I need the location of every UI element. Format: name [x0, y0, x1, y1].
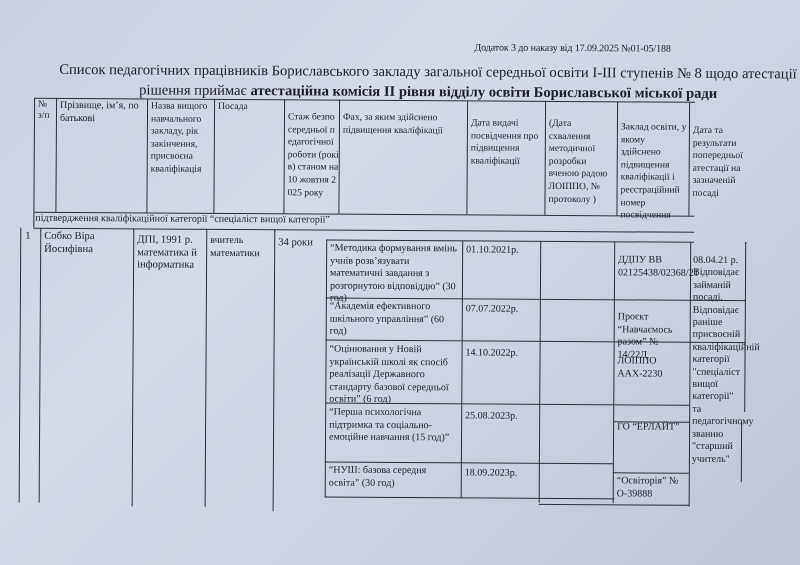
attestation-table	[2, 0, 800, 2]
header-prev-attestation: Дата та результати попередньої атестації…	[689, 123, 751, 203]
title-prefix: рішення приймає	[139, 82, 250, 99]
course-date: 14.10.2022р.	[463, 345, 541, 362]
header-position: Посада	[215, 99, 285, 116]
document-page: Додаток 3 до наказу від 17.09.2025 №01-0…	[0, 0, 800, 565]
annex-reference: Додаток 3 до наказу від 17.09.2025 №01-0…	[474, 42, 670, 54]
course-institution: ДДПУ ВВ 02125438/02368/21	[615, 252, 691, 282]
course-date: 25.08.2023р.	[462, 408, 540, 425]
grid-line	[745, 242, 746, 244]
document-title-line1: Список педагогічних працівників Борислав…	[59, 62, 800, 84]
course-title: “НУШ: базова середня освіта” (30 год)	[326, 463, 462, 493]
header-specialty: Фах, за яким здійснено підвищення кваліф…	[340, 110, 468, 140]
row-divider	[539, 504, 689, 506]
course-institution: ЛОІППО ААХ-2230	[614, 353, 690, 383]
course-title: “Перша психологічна підтримка та соціаль…	[326, 405, 462, 448]
course-date: 18.09.2023р.	[462, 465, 540, 482]
teacher-experience: 34 роки	[275, 235, 327, 252]
grid-line	[19, 228, 22, 503]
teacher-name: Собко Віра Йосифівна	[41, 229, 133, 259]
header-approval: (Дата схвалення методичної розробки вчен…	[545, 116, 618, 209]
teacher-position: вчитель математики	[207, 233, 274, 263]
header-cert-date: Дата видачі посвідчення про підвищення к…	[468, 115, 546, 170]
course-title: “Оцінювання у Новій українській школі як…	[326, 342, 462, 410]
row-number: 1	[22, 229, 40, 246]
course-date: 01.10.2021р.	[463, 242, 541, 259]
section-label: підтвердження кваліфікаційної категорії …	[32, 211, 432, 230]
header-institution: Заклад освіти, у якому здійснено підвище…	[617, 119, 690, 224]
course-date: 07.07.2022р.	[463, 301, 541, 318]
course-institution: “Освіторія” № О-39888	[614, 473, 690, 503]
previous-attestation: 08.04.21 р. Відповідає займаній посаді. …	[689, 253, 748, 468]
course-title: “Академія ефективного шкільного управлін…	[327, 299, 463, 342]
header-no: № з/п	[35, 98, 57, 124]
header-name: Прізвище, ім’я, по батькові	[57, 98, 149, 128]
header-experience: Стаж безпосередньої педагогічної роботи …	[284, 109, 342, 202]
row-divider	[325, 497, 615, 500]
course-institution: ГО “ЕРЛАЙТ”	[614, 419, 690, 436]
grid-line	[39, 228, 42, 503]
header-university: Назва вищого навчального закладу, рік за…	[148, 98, 216, 178]
grid-line	[273, 229, 276, 511]
teacher-university: ДПІ, 1991 р. математика й інформатика	[134, 232, 206, 274]
